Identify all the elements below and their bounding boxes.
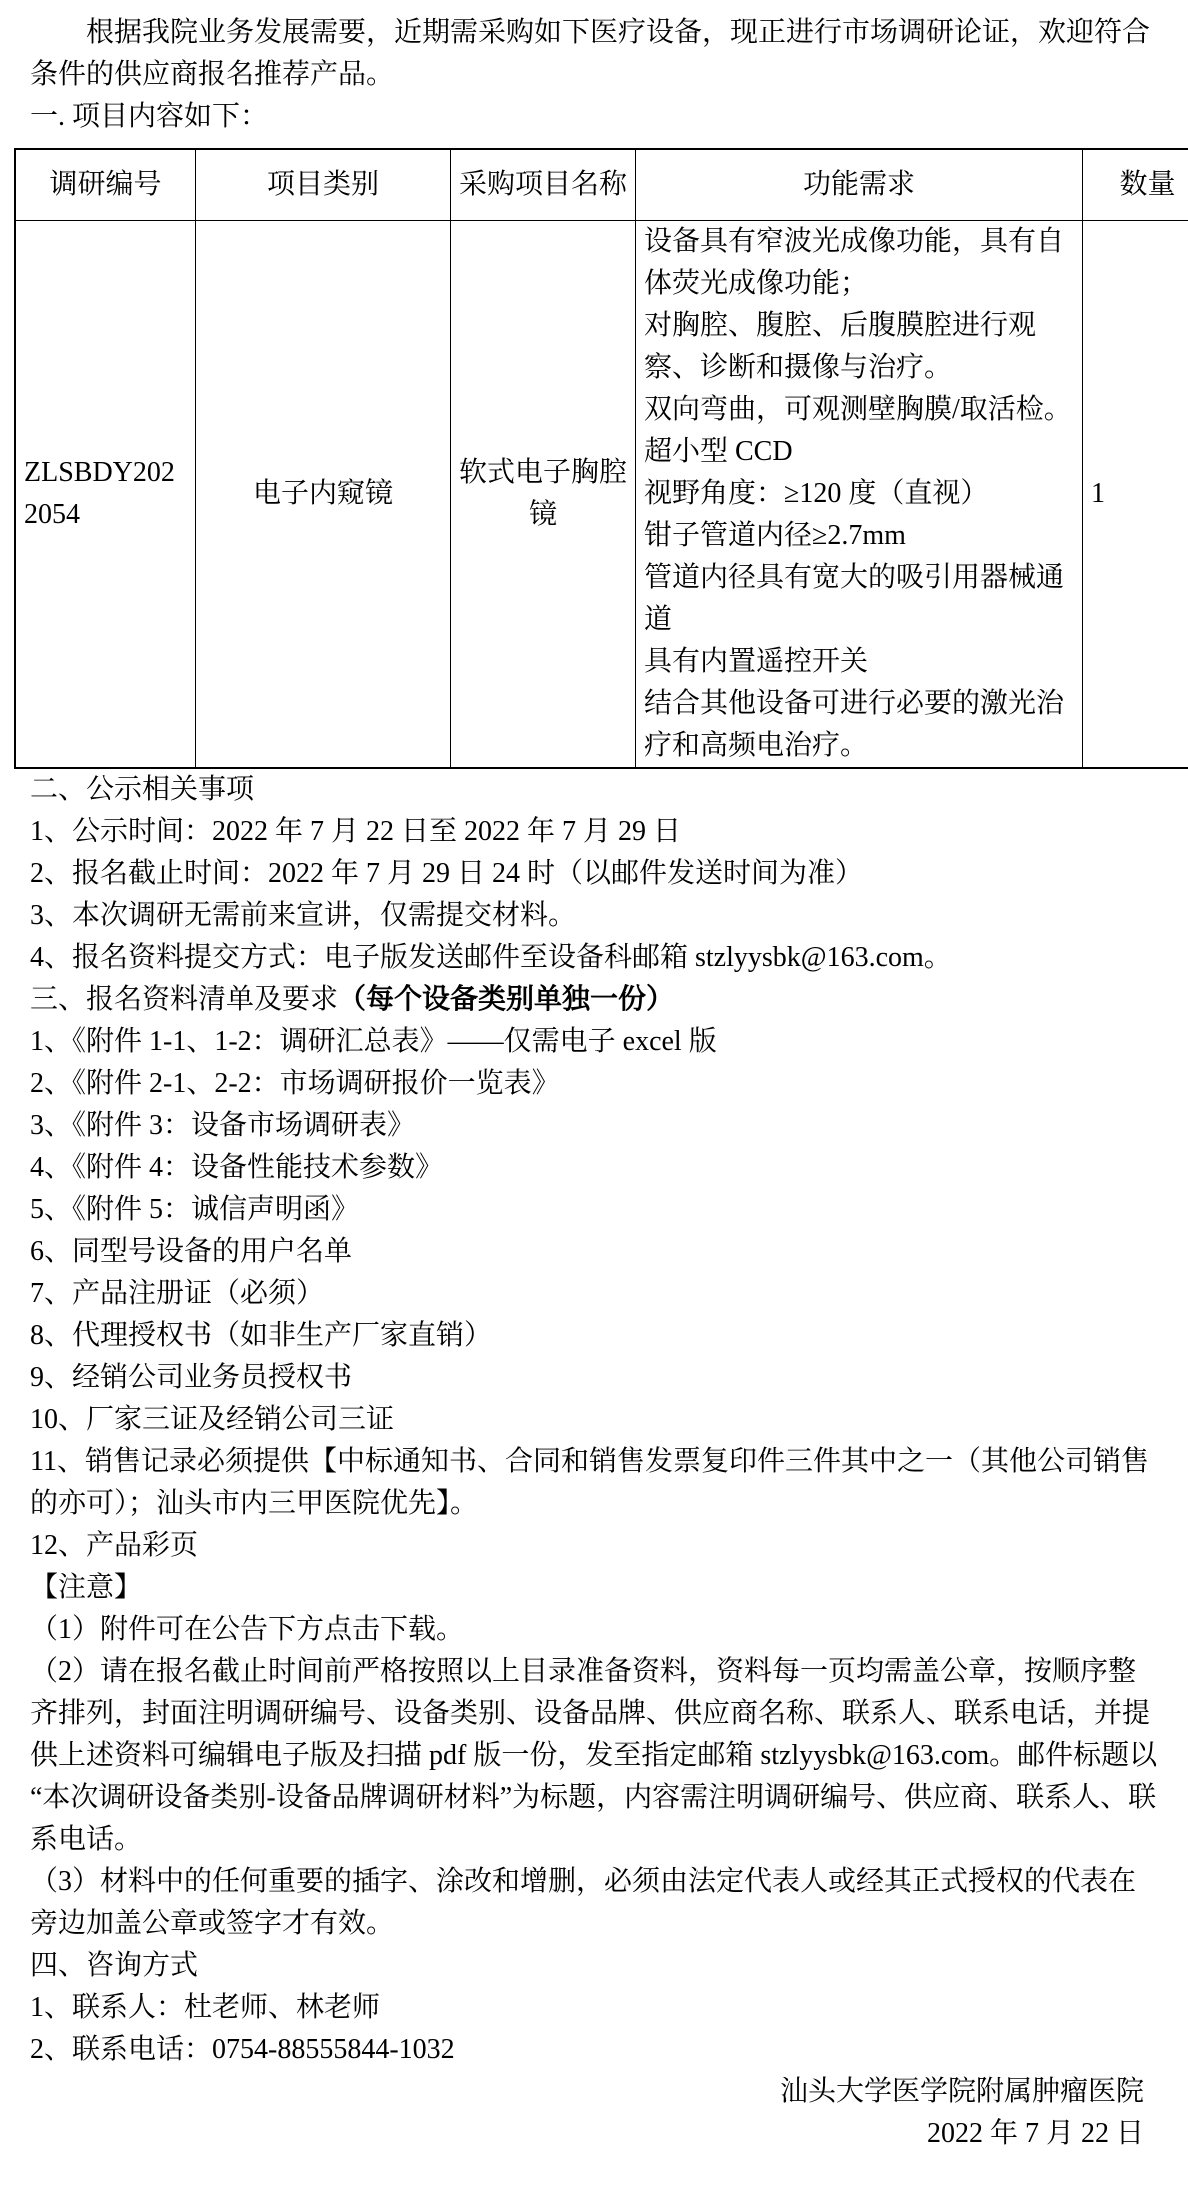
list-item: 2、报名截止时间：2022 年 7 月 29 日 24 时（以邮件发送时间为准） bbox=[30, 853, 1158, 895]
table-header-row: 调研编号 项目类别 采购项目名称 功能需求 数量 bbox=[15, 149, 1188, 221]
cell-item-name: 软式电子胸腔镜 bbox=[451, 221, 636, 769]
cell-survey-id: ZLSBDY2022054 bbox=[15, 221, 196, 769]
header-quantity: 数量 bbox=[1083, 149, 1188, 221]
notice-title: 【注意】 bbox=[30, 1567, 1158, 1609]
cell-quantity: 1 bbox=[1083, 221, 1188, 769]
list-item: 11、销售记录必须提供【中标通知书、合同和销售发票复印件三件其中之一（其他公司销… bbox=[30, 1441, 1158, 1525]
signature-date: 2022 年 7 月 22 日 bbox=[30, 2113, 1144, 2155]
signature-block: 汕头大学医学院附属肿瘤医院 2022 年 7 月 22 日 bbox=[30, 2071, 1158, 2155]
requirement-line: 双向弯曲，可观测壁胸膜/取活检。 bbox=[644, 389, 1074, 431]
list-item: 2、联系电话：0754-88555844-1032 bbox=[30, 2029, 1158, 2071]
section-materials-heading: 三、报名资料清单及要求（每个设备类别单独一份） bbox=[30, 979, 1158, 1021]
requirement-line: 超小型 CCD bbox=[644, 431, 1074, 473]
header-survey-id: 调研编号 bbox=[15, 149, 196, 221]
requirement-line: 设备具有窄波光成像功能，具有自体荧光成像功能； bbox=[644, 221, 1074, 305]
section-materials-heading-prefix: 三、报名资料清单及要求 bbox=[30, 984, 338, 1015]
intro-paragraph: 根据我院业务发展需要，近期需采购如下医疗设备，现正进行市场调研论证，欢迎符合条件… bbox=[30, 12, 1158, 96]
requirement-line: 视野角度：≥120 度（直视） bbox=[644, 473, 1074, 515]
list-item: 3、《附件 3：设备市场调研表》 bbox=[30, 1105, 1158, 1147]
list-item: 7、产品注册证（必须） bbox=[30, 1273, 1158, 1315]
requirement-line: 对胸腔、腹腔、后腹膜腔进行观察、诊断和摄像与治疗。 bbox=[644, 305, 1074, 389]
document-page: 根据我院业务发展需要，近期需采购如下医疗设备，现正进行市场调研论证，欢迎符合条件… bbox=[0, 0, 1188, 2155]
list-item: 12、产品彩页 bbox=[30, 1525, 1158, 1567]
section-materials-heading-bold: （每个设备类别单独一份） bbox=[338, 984, 674, 1015]
section-public-heading: 二、公示相关事项 bbox=[30, 769, 1158, 811]
list-item: 1、联系人：杜老师、林老师 bbox=[30, 1987, 1158, 2029]
list-item: 10、厂家三证及经销公司三证 bbox=[30, 1399, 1158, 1441]
procurement-table-header: 调研编号 项目类别 采购项目名称 功能需求 数量 bbox=[15, 149, 1188, 221]
list-item: 1、《附件 1-1、1-2：调研汇总表》——仅需电子 excel 版 bbox=[30, 1021, 1158, 1063]
notice-item: （1）附件可在公告下方点击下载。 bbox=[30, 1609, 1158, 1651]
requirement-line: 管道内径具有宽大的吸引用器械通道 bbox=[644, 557, 1074, 641]
list-item: 5、《附件 5：诚信声明函》 bbox=[30, 1189, 1158, 1231]
requirement-line: 结合其他设备可进行必要的激光治疗和高频电治疗。 bbox=[644, 683, 1074, 767]
table-row: ZLSBDY2022054 电子内窥镜 软式电子胸腔镜 设备具有窄波光成像功能，… bbox=[15, 221, 1188, 769]
list-item: 1、公示时间：2022 年 7 月 22 日至 2022 年 7 月 29 日 bbox=[30, 811, 1158, 853]
notice-item: （3）材料中的任何重要的插字、涂改和增删，必须由法定代表人或经其正式授权的代表在… bbox=[30, 1861, 1158, 1945]
cell-category: 电子内窥镜 bbox=[196, 221, 451, 769]
section-contact-heading: 四、咨询方式 bbox=[30, 1945, 1158, 1987]
list-item: 8、代理授权书（如非生产厂家直销） bbox=[30, 1315, 1158, 1357]
list-item: 4、报名资料提交方式：电子版发送邮件至设备科邮箱 stzlyysbk@163.c… bbox=[30, 937, 1158, 979]
list-item: 3、本次调研无需前来宣讲，仅需提交材料。 bbox=[30, 895, 1158, 937]
procurement-table: 调研编号 项目类别 采购项目名称 功能需求 数量 ZLSBDY2022054 电… bbox=[14, 148, 1188, 769]
list-item: 2、《附件 2-1、2-2：市场调研报价一览表》 bbox=[30, 1063, 1158, 1105]
requirement-line: 具有内置遥控开关 bbox=[644, 641, 1074, 683]
requirement-line: 钳子管道内径≥2.7mm bbox=[644, 515, 1074, 557]
cell-requirements: 设备具有窄波光成像功能，具有自体荧光成像功能； 对胸腔、腹腔、后腹膜腔进行观察、… bbox=[636, 221, 1083, 769]
section-project-heading: 一. 项目内容如下： bbox=[30, 96, 1158, 138]
list-item: 9、经销公司业务员授权书 bbox=[30, 1357, 1158, 1399]
header-category: 项目类别 bbox=[196, 149, 451, 221]
header-requirements: 功能需求 bbox=[636, 149, 1083, 221]
header-item-name: 采购项目名称 bbox=[451, 149, 636, 221]
list-item: 6、同型号设备的用户名单 bbox=[30, 1231, 1158, 1273]
signature-org: 汕头大学医学院附属肿瘤医院 bbox=[30, 2071, 1144, 2113]
notice-item: （2）请在报名截止时间前严格按照以上目录准备资料，资料每一页均需盖公章，按顺序整… bbox=[30, 1651, 1158, 1861]
list-item: 4、《附件 4：设备性能技术参数》 bbox=[30, 1147, 1158, 1189]
